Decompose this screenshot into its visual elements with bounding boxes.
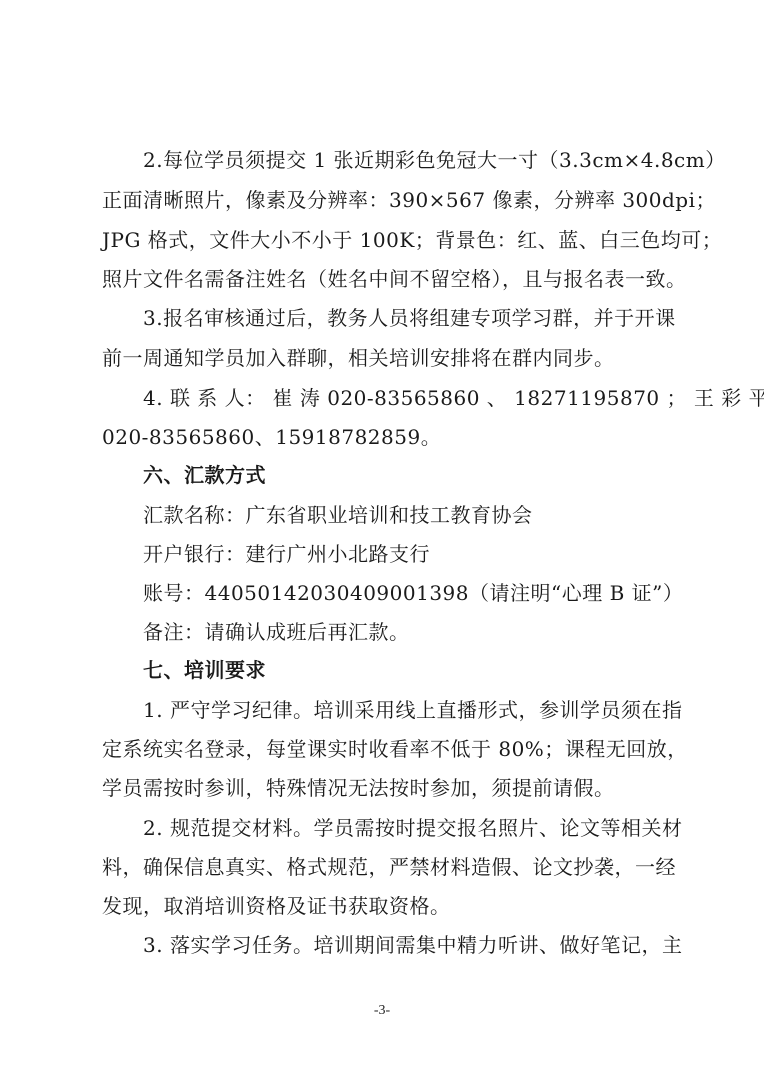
item2-line-2: 正面清晰照片，像素及分辨率：390×567 像素，分辨率 300dpi； <box>102 187 662 213</box>
item3-line-2: 前一周通知学员加入群聊，相关培训安排将在群内同步。 <box>102 345 662 371</box>
page-number: -3- <box>0 1003 764 1019</box>
item2-line-3: JPG 格式，文件大小不小于 100K；背景色：红、蓝、白三色均可； <box>102 227 662 253</box>
item4-line-1: 4. 联 系 人： 崔 涛 020-83565860 、 18271195870… <box>143 385 662 411</box>
document-page: 2.每位学员须提交 1 张近期彩色免冠大一寸（3.3cm×4.8cm） 正面清晰… <box>0 0 764 1080</box>
req1-line-2: 定系统实名登录，每堂课实时收看率不低于 80%；课程无回放， <box>102 736 662 762</box>
payee-name: 汇款名称：广东省职业培训和技工教育协会 <box>143 502 662 528</box>
item2-line-4: 照片文件名需备注姓名（姓名中间不留空格），且与报名表一致。 <box>102 266 662 292</box>
req2-line-2: 料，确保信息真实、格式规范，严禁材料造假、论文抄袭，一经 <box>102 854 662 880</box>
item4-line-2: 020-83565860、15918782859。 <box>102 424 662 450</box>
item2-line-1: 2.每位学员须提交 1 张近期彩色免冠大一寸（3.3cm×4.8cm） <box>143 147 662 173</box>
account-number: 账号：44050142030409001398（请注明“心理 B 证”） <box>143 580 662 606</box>
remittance-note: 备注：请确认成班后再汇款。 <box>143 619 662 645</box>
section7-heading: 七、培训要求 <box>143 657 662 683</box>
req1-line-1: 1. 严守学习纪律。培训采用线上直播形式，参训学员须在指 <box>143 697 662 723</box>
bank-name: 开户银行：建行广州小北路支行 <box>143 541 662 567</box>
req2-line-1: 2. 规范提交材料。学员需按时提交报名照片、论文等相关材 <box>143 815 662 841</box>
item3-line-1: 3.报名审核通过后，教务人员将组建专项学习群，并于开课 <box>143 305 662 331</box>
req3-line-1: 3. 落实学习任务。培训期间需集中精力听讲、做好笔记，主 <box>143 932 662 958</box>
req2-line-3: 发现，取消培训资格及证书获取资格。 <box>102 893 662 919</box>
req1-line-3: 学员需按时参训，特殊情况无法按时参加，须提前请假。 <box>102 775 662 801</box>
section6-heading: 六、汇款方式 <box>143 462 662 488</box>
